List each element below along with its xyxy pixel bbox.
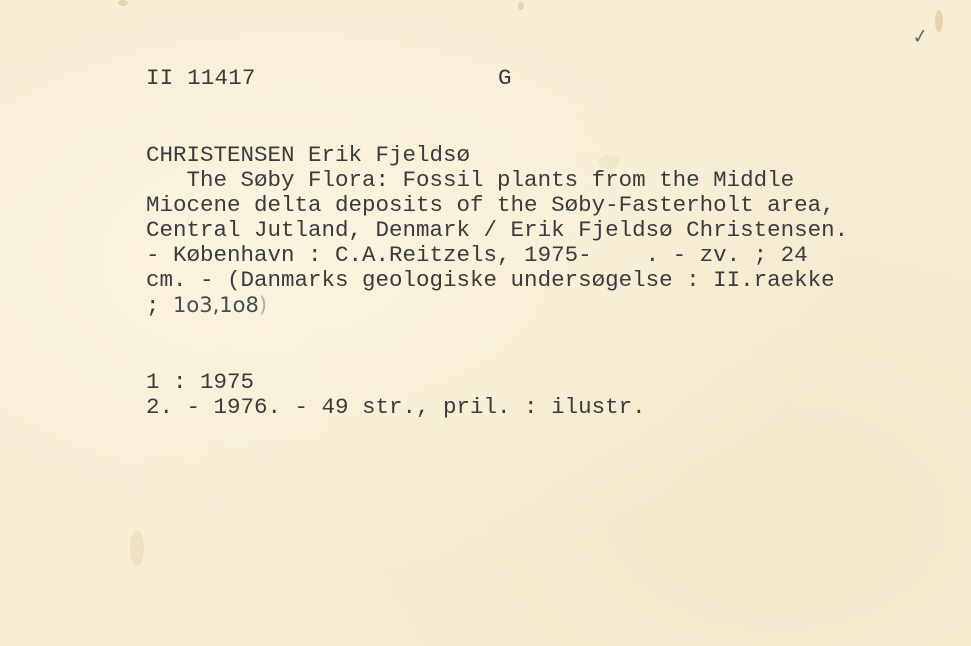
catalog-card: ✓ II 11417 G CHRISTENSEN Erik Fjeldsø Th… (0, 0, 971, 646)
entry-line: Miocene delta deposits of the Søby-Faste… (146, 193, 848, 218)
location-letter: G (498, 66, 512, 91)
series-numbers-handwritten: 1o3,1o8 (173, 293, 259, 317)
entry-line: Central Jutland, Denmark / Erik Fjeldsø … (146, 218, 848, 243)
paper-stain (130, 530, 144, 566)
series-close-paren: ) (259, 293, 267, 317)
call-number: II 11417 (146, 66, 256, 91)
series-prefix: ; (146, 293, 173, 319)
entry-line: The Søby Flora: Fossil plants from the M… (146, 168, 848, 193)
bibliographic-entry: CHRISTENSEN Erik Fjeldsø The Søby Flora:… (146, 143, 848, 319)
volume-line: 1 : 1975 (146, 370, 646, 395)
entry-line: cm. - (Danmarks geologiske undersøgelse … (146, 268, 848, 293)
check-mark-icon: ✓ (910, 23, 930, 49)
paper-stain (518, 2, 524, 10)
author-heading: CHRISTENSEN Erik Fjeldsø (146, 143, 848, 168)
paper-stain (118, 0, 128, 6)
paper-stain (935, 10, 943, 32)
volumes-list: 1 : 1975 2. - 1976. - 49 str., pril. : i… (146, 370, 646, 420)
entry-line: - København : C.A.Reitzels, 1975- . - zv… (146, 243, 848, 268)
series-numbers-line: ; 1o3,1o8) (146, 293, 848, 319)
volume-line: 2. - 1976. - 49 str., pril. : ilustr. (146, 395, 646, 420)
